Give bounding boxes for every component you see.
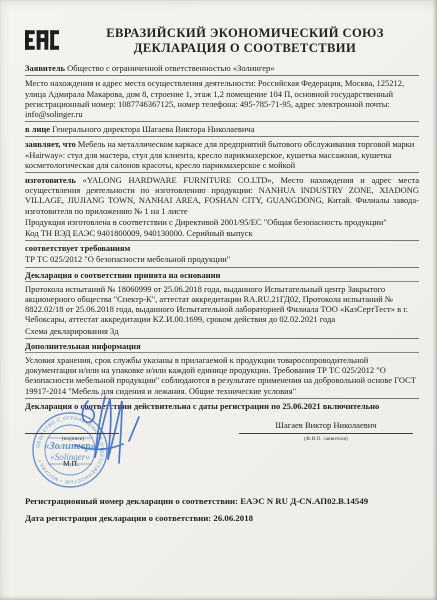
applicant-row: Заявитель Общество с ограниченной ответс… [25, 63, 419, 76]
eac-logo-svg [25, 25, 59, 55]
eac-mark-icon [25, 24, 71, 57]
signature-line [25, 433, 119, 434]
declares-row: заявляет, что Мебель на металлическом ка… [25, 139, 419, 173]
in-person-label: в лице [25, 124, 50, 134]
title-line-declaration: ДЕКЛАРАЦИЯ О СООТВЕТСТВИИ [71, 41, 419, 56]
applicant-label: Заявитель [25, 63, 65, 73]
document-content: ЕВРАЗИЙСКИЙ ЭКОНОМИЧЕСКИЙ СОЮЗ ДЕКЛАРАЦИ… [25, 24, 419, 524]
name-line [239, 433, 413, 434]
stamp-place-label: М.П. [63, 459, 79, 469]
applicant-address: Место нахождения и адрес места осуществл… [25, 78, 419, 122]
directive-line: Продукция изготовлена в соответствии с Д… [25, 217, 419, 227]
title-line-union: ЕВРАЗИЙСКИЙ ЭКОНОМИЧЕСКИЙ СОЮЗ [71, 26, 419, 41]
additional-heading: Дополнительная информация [25, 341, 419, 353]
registration-date-line: Дата регистрации декларации о соответств… [25, 513, 419, 523]
registration-number-line: Регистрационный номер декларации о соотв… [25, 496, 419, 506]
signature-block: ОБЩЕСТВО С ОГРАНИЧЕННОЙ ОТВЕТСТВЕННОСТЬЮ… [25, 415, 419, 489]
document-header: ЕВРАЗИЙСКИЙ ЭКОНОМИЧЕСКИЙ СОЮЗ ДЕКЛАРАЦИ… [25, 24, 419, 57]
in-person-value: Генерального директора Шагаева Виктора Н… [52, 124, 254, 134]
declaration-document: ЕВРАЗИЙСКИЙ ЭКОНОМИЧЕСКИЙ СОЮЗ ДЕКЛАРАЦИ… [0, 0, 437, 600]
basis-text: Протокола испытаний № 18060999 от 25.06.… [25, 284, 419, 325]
manufacturer-value: «YALONG HARDWARE FURNITURE CO.LTD», Мест… [25, 175, 419, 216]
manufacturer-row: изготовитель «YALONG HARDWARE FURNITURE … [25, 175, 419, 216]
basis-heading: Декларация о соответствии принята на осн… [25, 270, 419, 282]
manufacturer-label: изготовитель [25, 175, 76, 185]
applicant-signatory-name: Шагаев Виктор Николаевич [239, 420, 413, 430]
signature-caption: (подпись) [47, 435, 99, 445]
in-person-row: в лице Генерального директора Шагаева Ви… [25, 124, 419, 137]
scheme-line: Схема декларирования 3д [25, 326, 419, 339]
declares-value: Мебель на металлическом каркасе для пред… [25, 139, 414, 169]
document-title: ЕВРАЗИЙСКИЙ ЭКОНОМИЧЕСКИЙ СОЮЗ ДЕКЛАРАЦИ… [71, 24, 419, 56]
complies-heading: соответствует требованиям [25, 243, 419, 253]
declares-label: заявляет, что [25, 139, 76, 149]
applicant-value: Общество с ограниченной ответственностью… [67, 63, 274, 73]
tn-ved-code-line: Код ТН ВЭД ЕАЭС 9401800009, 940130000. С… [25, 228, 419, 241]
name-caption: (Ф.И.О. заявителя) [239, 435, 413, 445]
tr-ts-line: ТР ТС 025/2012 "О безопасности мебельной… [25, 254, 419, 267]
